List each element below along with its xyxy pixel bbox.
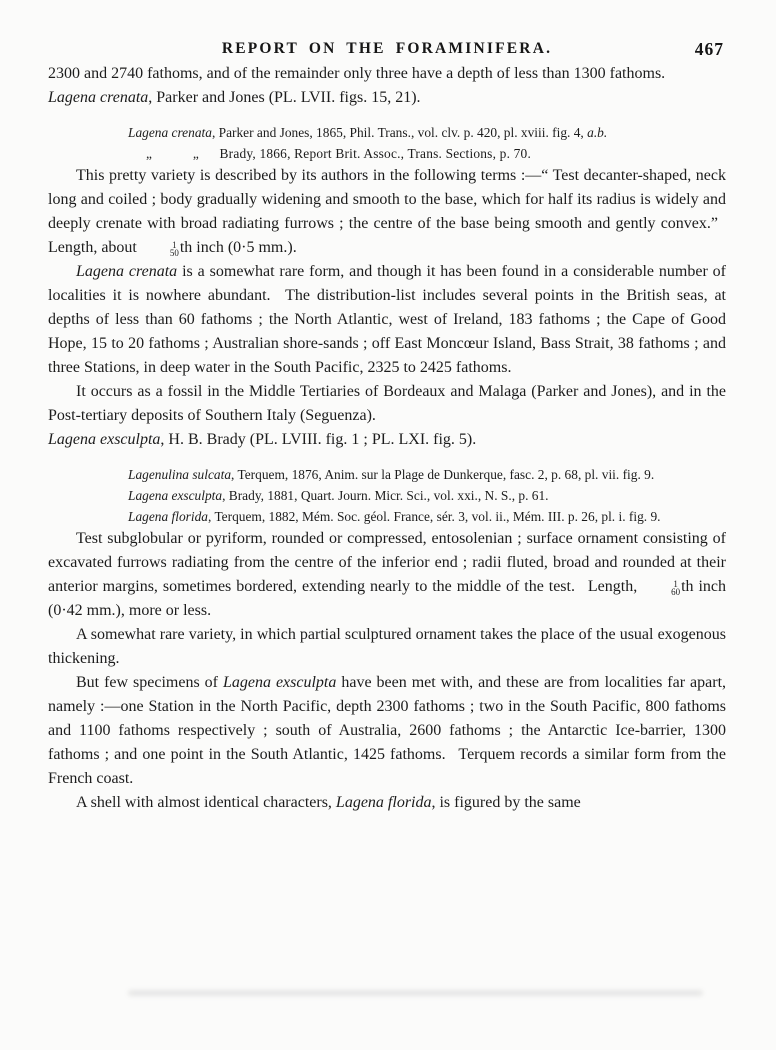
synonymy-entry: Lagena crenata, Parker and Jones, 1865, … [128,122,726,143]
paragraph: A somewhat rare variety, in which partia… [48,623,726,671]
species-name: Lagena crenata [76,263,177,280]
species-name: Lagenulina sulcata [128,467,231,482]
running-title: REPORT ON THE FORAMINIFERA. [48,40,726,58]
synonymy-list: Lagena crenata, Parker and Jones, 1865, … [128,122,726,164]
text-segment: , Brady, 1881, Quart. Journ. Micr. Sci.,… [222,488,548,503]
scanned-book-page: REPORT ON THE FORAMINIFERA. 467 2300 and… [0,0,776,1050]
text-segment: A shell with almost identical characters… [76,794,336,811]
species-name: Lagena crenata [128,125,212,140]
text-segment: th inch (0·5 mm.). [180,239,297,256]
text-segment: , Terquem, 1882, Mém. Soc. géol. France,… [208,509,661,524]
stacked-fraction: 160 [643,580,680,596]
species-name: Lagena exsculpta [128,488,222,503]
fraction-denominator: 60 [643,588,680,596]
text-segment: , Parker and Jones, 1865, Phil. Trans., … [212,125,587,140]
page-header: REPORT ON THE FORAMINIFERA. 467 [48,40,726,62]
text-segment: But few specimens of [76,674,223,691]
species-heading: Lagena crenata, Parker and Jones (PL. LV… [48,86,726,110]
text-segment: „ „ Brady, 1866, Report Brit. Assoc., Tr… [146,146,531,161]
text-segment: , Terquem, 1876, Anim. sur la Plage de D… [231,467,654,482]
text-segment: It occurs as a fossil in the Middle Tert… [48,383,726,424]
species-name: Lagena exsculpta [223,674,336,691]
paragraph: But few specimens of Lagena exsculpta ha… [48,671,726,791]
text-segment: , is figured by the same [431,794,580,811]
fraction-denominator: 50 [142,249,179,257]
species-name: Lagena exsculpta [48,431,160,448]
page-body: 2300 and 2740 fathoms, and of the remain… [48,62,726,815]
text-segment: Test subglobular or pyriform, rounded or… [48,530,726,595]
paragraph: It occurs as a fossil in the Middle Tert… [48,380,726,428]
page-number: 467 [695,39,724,60]
paragraph: 2300 and 2740 fathoms, and of the remain… [48,62,726,86]
text-segment: 2300 and 2740 fathoms, and of the remain… [48,65,665,82]
species-name: Lagena florida [128,509,208,524]
paragraph: Lagena crenata is a somewhat rare form, … [48,260,726,380]
synonymy-entry: Lagena florida, Terquem, 1882, Mém. Soc.… [128,506,726,527]
stacked-fraction: 150 [142,241,179,257]
species-heading: Lagena exsculpta, H. B. Brady (PL. LVIII… [48,428,726,452]
species-name: Lagena crenata [48,89,148,106]
species-name: a.b. [587,125,607,140]
text-segment: , H. B. Brady (PL. LVIII. fig. 1 ; PL. L… [160,431,476,448]
paragraph: A shell with almost identical characters… [48,791,726,815]
synonymy-list: Lagenulina sulcata, Terquem, 1876, Anim.… [128,464,726,527]
show-through-artifact [128,990,703,996]
synonymy-entry: „ „ Brady, 1866, Report Brit. Assoc., Tr… [128,143,726,164]
paragraph: Test subglobular or pyriform, rounded or… [48,527,726,623]
paragraph: This pretty variety is described by its … [48,164,726,260]
text-segment: , Parker and Jones (PL. LVII. figs. 15, … [148,89,420,106]
synonymy-entry: Lagena exsculpta, Brady, 1881, Quart. Jo… [128,485,726,506]
species-name: Lagena florida [336,794,432,811]
text-segment: A somewhat rare variety, in which partia… [48,626,726,667]
synonymy-entry: Lagenulina sulcata, Terquem, 1876, Anim.… [128,464,726,485]
